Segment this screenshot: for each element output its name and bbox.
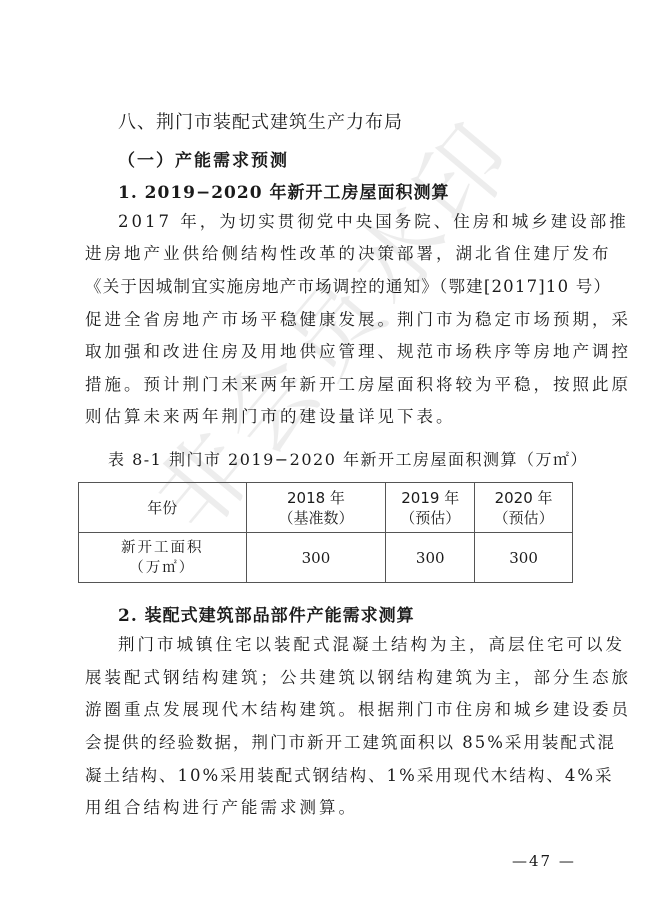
data-table: 年份 2018 年（基准数） 2019 年（预估） 2020 年（预估） 新开工… — [78, 482, 573, 583]
header-cell-year: 年份 — [79, 483, 247, 533]
table-row: 新开工面积（万㎡） 300 300 300 — [79, 533, 573, 583]
item1-title: 1. 2019−2020 年新开工房屋面积测算 — [118, 178, 449, 203]
header-cell-2018: 2018 年（基准数） — [246, 483, 386, 533]
row-label: 新开工面积（万㎡） — [79, 533, 247, 583]
para2-line: 展装配式钢结构建筑；公共建筑以钢结构建筑为主，部分生态旅 — [85, 667, 565, 689]
para1-line: 措施。预计荆门未来两年新开工房屋面积将较为平稳，按照此原 — [85, 374, 565, 396]
para2-line: 凝土结构、10%采用装配式钢结构、1%采用现代木结构、4%采 — [85, 765, 565, 787]
para1-line: 2017 年，为切实贯彻党中央国务院、住房和城乡建设部推 — [118, 211, 565, 233]
subsection-title: （一）产能需求预测 — [118, 146, 289, 171]
value-2018: 300 — [246, 533, 386, 583]
header-cell-2020: 2020 年（预估） — [475, 483, 573, 533]
table-header-row: 年份 2018 年（基准数） 2019 年（预估） 2020 年（预估） — [79, 483, 573, 533]
para2-line: 会提供的经验数据，荆门市新开工建筑面积以 85%采用装配式混 — [85, 732, 565, 754]
para2-line: 游圈重点发展现代木结构建筑。根据荆门市住房和城乡建设委员 — [85, 699, 565, 721]
para2-line: 用组合结构进行产能需求测算。 — [85, 797, 565, 819]
section-title: 八、荆门市装配式建筑生产力布局 — [118, 108, 403, 134]
para2-line: 荆门市城镇住宅以装配式混凝土结构为主，高层住宅可以发 — [118, 634, 565, 656]
document-page: 非会员水印 八、荆门市装配式建筑生产力布局 （一）产能需求预测 1. 2019−… — [0, 0, 650, 919]
para1-line: 进房地产业供给侧结构性改革的决策部署，湖北省住建厅发布 — [85, 243, 565, 265]
para1-line: 《关于因城制宜实施房地产市场调控的通知》（鄂建[2017]10 号） — [85, 276, 565, 298]
para1-line: 则估算未来两年荆门市的建设量详见下表。 — [85, 406, 565, 428]
header-cell-2019: 2019 年（预估） — [386, 483, 475, 533]
table-caption: 表 8-1 荆门市 2019−2020 年新开工房屋面积测算（万㎡） — [108, 447, 588, 470]
value-2019: 300 — [386, 533, 475, 583]
para1-line: 促进全省房地产市场平稳健康发展。荆门市为稳定市场预期，采 — [85, 309, 565, 331]
para1-line: 取加强和改进住房及用地供应管理、规范市场秩序等房地产调控 — [85, 341, 565, 363]
item2-title: 2. 装配式建筑部品部件产能需求测算 — [118, 601, 415, 626]
value-2020: 300 — [475, 533, 573, 583]
page-number: —47 — — [512, 852, 576, 870]
